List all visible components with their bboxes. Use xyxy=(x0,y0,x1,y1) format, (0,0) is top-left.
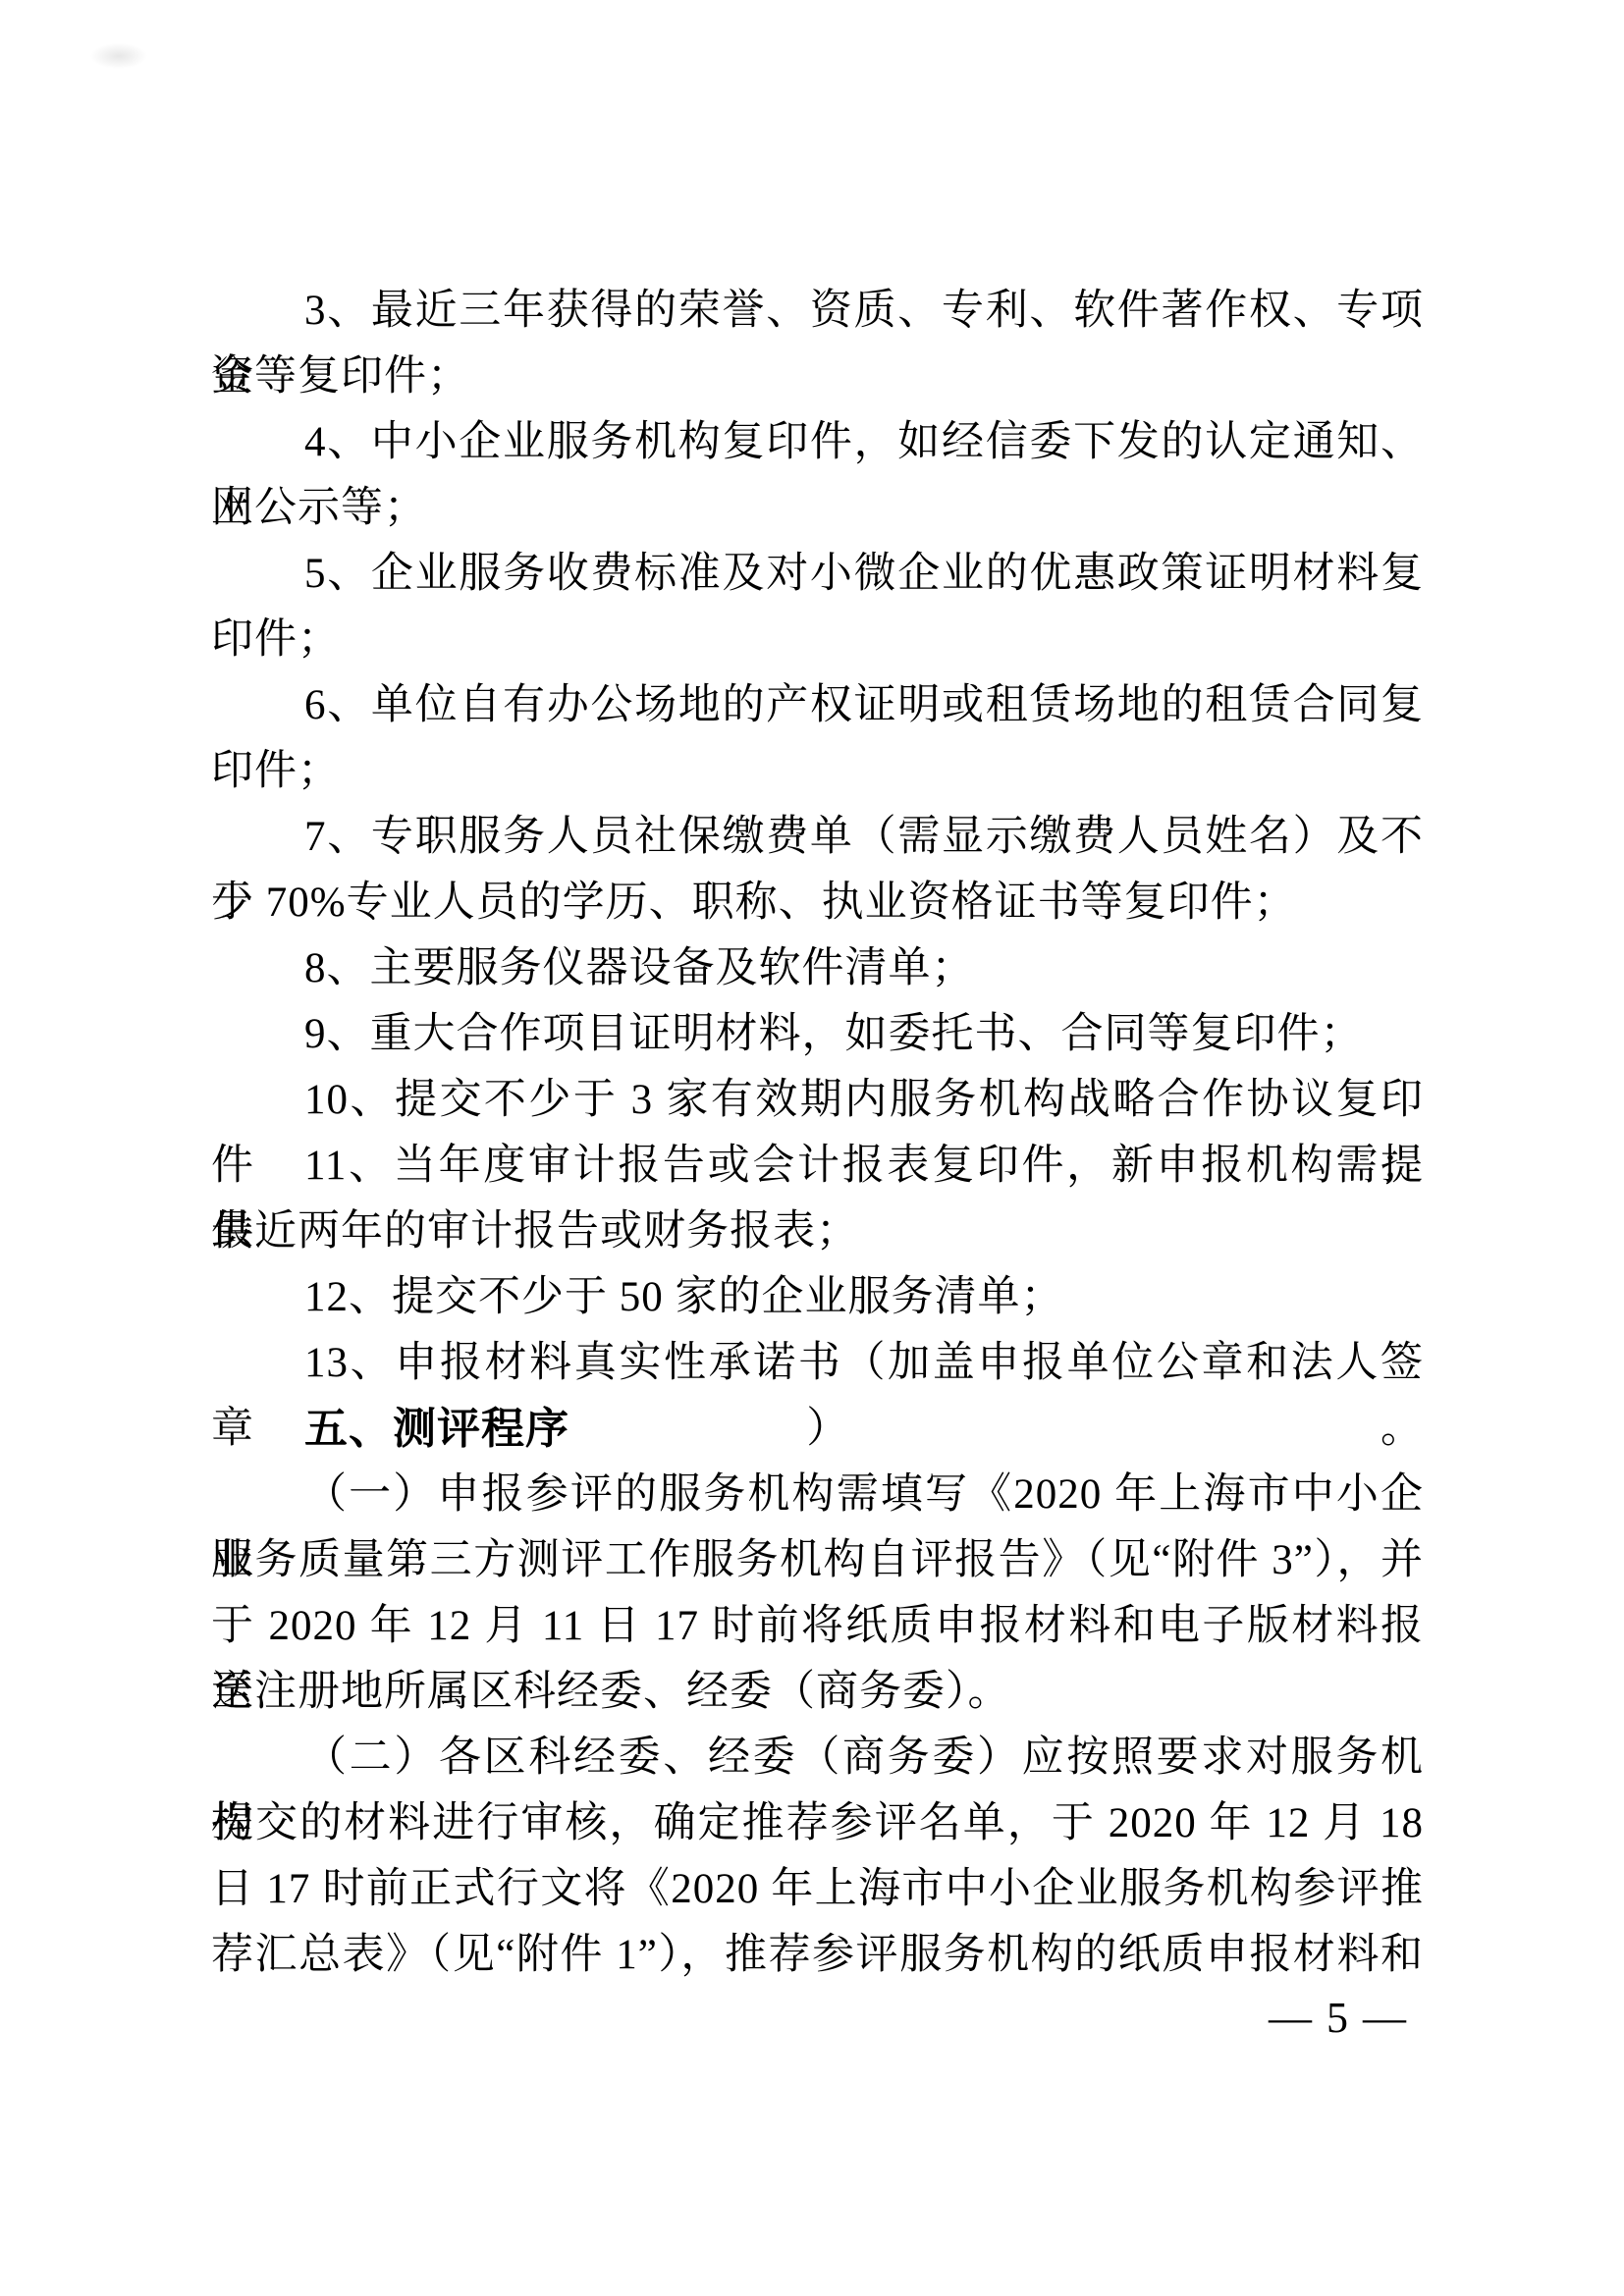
scan-smudge-artifact xyxy=(90,43,147,69)
item-6-line-2: 印件； xyxy=(211,738,1424,804)
para-1-line-1: （一）申报参评的服务机构需填写《2020 年上海市中小企业 xyxy=(211,1462,1424,1527)
item-3-line-2: 金等复印件； xyxy=(211,344,1424,409)
para-2-line-4: 荐汇总表》（见“附件 1”），推荐参评服务机构的纸质申报材料和 xyxy=(211,1922,1424,1988)
item-11-line-2: 最近两年的审计报告或财务报表； xyxy=(211,1199,1424,1264)
item-8-line: 8、主要服务仪器设备及软件清单； xyxy=(211,935,1424,1001)
item-12-line: 12、提交不少于 50 家的企业服务清单； xyxy=(211,1264,1424,1330)
para-1-line-2: 服务质量第三方测评工作服务机构自评报告》（见“附件 3”），并 xyxy=(211,1527,1424,1593)
document-text: 3、最近三年获得的荣誉、资质、专利、软件著作权、专项资 金等复印件； 4、中小企… xyxy=(211,278,1424,1988)
item-7-line-1: 7、专职服务人员社保缴费单（需显示缴费人员姓名）及不少 xyxy=(211,804,1424,870)
item-9-line: 9、重大合作项目证明材料，如委托书、合同等复印件； xyxy=(211,1001,1424,1067)
item-4-line-1: 4、中小企业服务机构复印件，如经信委下发的认定通知、网 xyxy=(211,409,1424,475)
para-1-line-4: 至注册地所属区科经委、经委（商务委）。 xyxy=(211,1659,1424,1725)
item-13-line: 13、申报材料真实性承诺书（加盖申报单位公章和法人签章）。 xyxy=(211,1330,1424,1396)
item-3-line-1: 3、最近三年获得的荣誉、资质、专利、软件著作权、专项资 xyxy=(211,278,1424,344)
item-5-line-1: 5、企业服务收费标准及对小微企业的优惠政策证明材料复 xyxy=(211,541,1424,607)
para-2-line-3: 日 17 时前正式行文将《2020 年上海市中小企业服务机构参评推 xyxy=(211,1856,1424,1922)
item-4-line-2: 上公示等； xyxy=(211,475,1424,541)
item-6-line-1: 6、单位自有办公场地的产权证明或租赁场地的租赁合同复 xyxy=(211,672,1424,738)
item-7-line-2: 于 70%专业人员的学历、职称、执业资格证书等复印件； xyxy=(211,870,1424,935)
item-5-line-2: 印件； xyxy=(211,607,1424,672)
para-2-line-1: （二）各区科经委、经委（商务委）应按照要求对服务机构 xyxy=(211,1725,1424,1790)
item-11-line-1: 11、当年度审计报告或会计报表复印件，新申报机构需提供 xyxy=(211,1133,1424,1199)
page-number: — 5 — xyxy=(1269,1989,1408,2048)
para-1-line-3: 于 2020 年 12 月 11 日 17 时前将纸质申报材料和电子版材料报送 xyxy=(211,1593,1424,1659)
item-10-line: 10、提交不少于 3 家有效期内服务机构战略合作协议复印件； xyxy=(211,1067,1424,1133)
para-2-line-2: 提交的材料进行审核，确定推荐参评名单，于 2020 年 12 月 18 xyxy=(211,1790,1424,1856)
scanned-document-page: 3、最近三年获得的荣誉、资质、专利、软件著作权、专项资 金等复印件； 4、中小企… xyxy=(0,0,1624,2296)
